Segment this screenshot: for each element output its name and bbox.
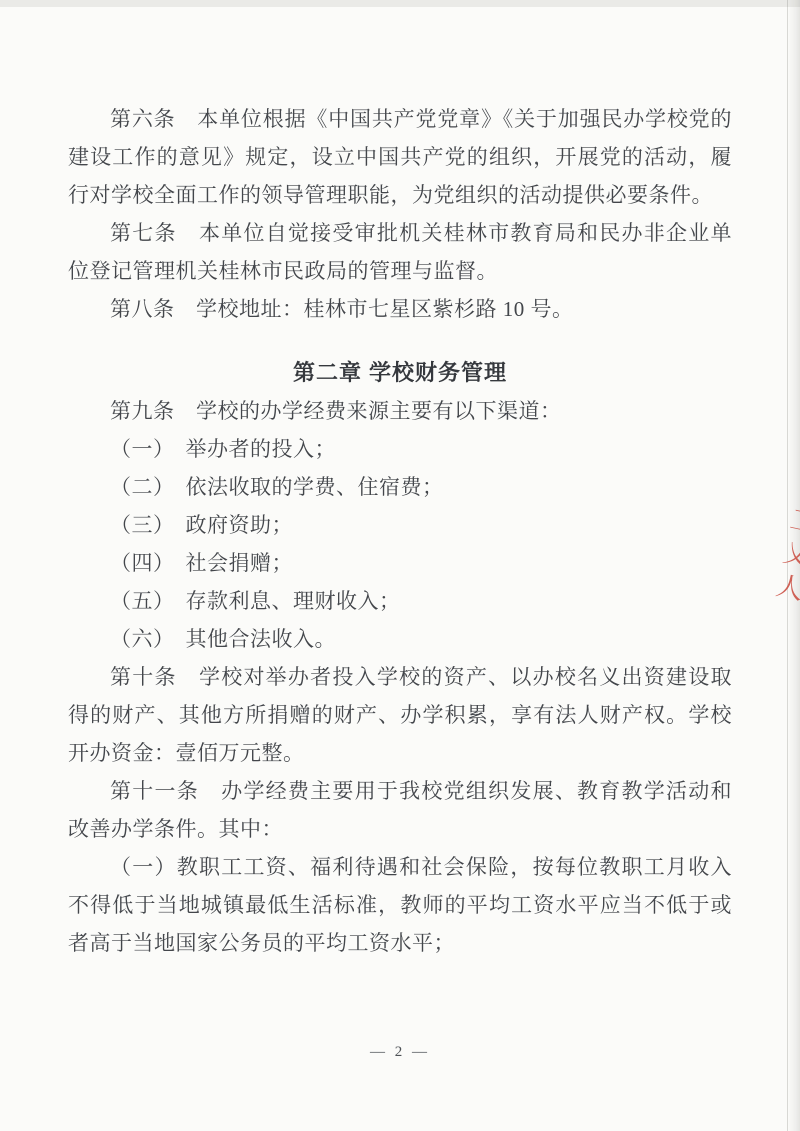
document-body: 第六条 本单位根据《中国共产党党章》《关于加强民办学校党的建设工作的意见》规定，…: [68, 100, 732, 962]
funding-source-item-3: （三） 政府资助；: [68, 506, 732, 544]
article-9-intro-paragraph: 第九条 学校的办学经费来源主要有以下渠道：: [68, 392, 732, 430]
funding-source-item-1: （一） 举办者的投入；: [68, 430, 732, 468]
funding-source-item-2: （二） 依法收取的学费、住宿费；: [68, 468, 732, 506]
article-6-paragraph: 第六条 本单位根据《中国共产党党章》《关于加强民办学校党的建设工作的意见》规定，…: [68, 100, 732, 214]
funding-source-item-6: （六） 其他合法收入。: [68, 620, 732, 658]
page-number: — 2 —: [0, 1044, 800, 1061]
article-10-paragraph: 第十条 学校对举办者投入学校的资产、以办校名义出资建设取得的财产、其他方所捐赠的…: [68, 658, 732, 772]
scan-right-edge: [787, 0, 800, 1131]
funding-source-item-5: （五） 存款利息、理财收入；: [68, 582, 732, 620]
article-11-intro-paragraph: 第十一条 办学经费主要用于我校党组织发展、教育教学活动和改善办学条件。其中：: [68, 772, 732, 848]
scan-top-edge: [0, 0, 800, 7]
chapter-2-heading: 第二章 学校财务管理: [68, 354, 732, 392]
article-7-paragraph: 第七条 本单位自觉接受审批机关桂林市教育局和民办非企业单位登记管理机关桂林市民政…: [68, 214, 732, 290]
article-11-item-1-paragraph: （一）教职工工资、福利待遇和社会保险，按每位教职工月收入不得低于当地城镇最低生活…: [68, 848, 732, 962]
article-8-paragraph: 第八条 学校地址：桂林市七星区紫杉路 10 号。: [68, 290, 732, 328]
funding-source-item-4: （四） 社会捐赠；: [68, 544, 732, 582]
scanned-document-page: 第六条 本单位根据《中国共产党党章》《关于加强民办学校党的建设工作的意见》规定，…: [0, 0, 800, 1131]
